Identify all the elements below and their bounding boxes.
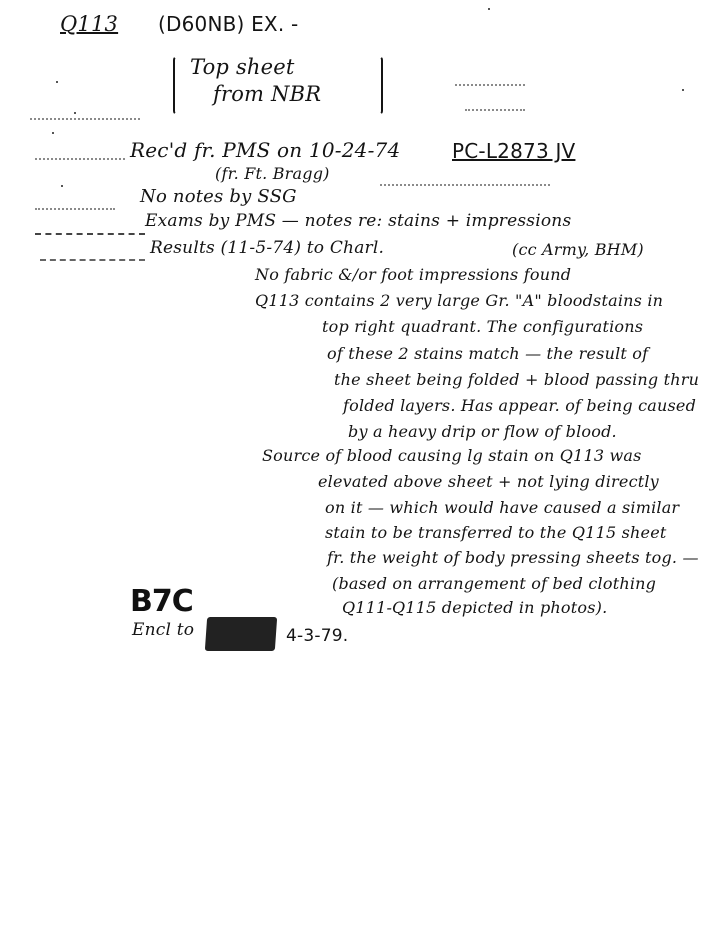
finding-line: Source of blood causing lg stain on Q113… bbox=[262, 446, 642, 465]
finding-line: fr. the weight of body pressing sheets t… bbox=[327, 548, 699, 567]
enclosure-date: 4-3-79. bbox=[286, 626, 348, 646]
note-line: Exams by PMS — notes re: stains + impres… bbox=[145, 211, 571, 231]
finding-line: top right quadrant. The configurations bbox=[322, 317, 643, 336]
finding-line: by a heavy drip or flow of blood. bbox=[348, 422, 617, 441]
receipt-line: Rec'd fr. PMS on 10-24-74 bbox=[130, 138, 400, 162]
foia-exemption-stamp: B7C bbox=[130, 584, 193, 619]
item-id: Q113 bbox=[60, 12, 118, 36]
item-code: (D60NB) EX. - bbox=[158, 12, 298, 36]
finding-line: No fabric &/or foot impressions found bbox=[255, 265, 571, 284]
finding-line: Q111-Q115 depicted in photos). bbox=[342, 598, 607, 617]
scan-artifact-dotted-line bbox=[455, 84, 525, 86]
finding-line: Q113 contains 2 very large Gr. "A" blood… bbox=[255, 291, 663, 310]
scan-artifact-dotted-line bbox=[40, 259, 145, 261]
scan-artifact-dotted-line bbox=[380, 184, 550, 186]
note-line: Results (11-5-74) to Charl. bbox=[150, 238, 384, 258]
scan-artifact-dotted-line bbox=[35, 208, 115, 210]
finding-line: elevated above sheet + not lying directl… bbox=[318, 472, 659, 491]
receipt-source: (fr. Ft. Bragg) bbox=[215, 164, 330, 183]
redaction-block bbox=[205, 617, 277, 651]
scan-speck bbox=[74, 112, 76, 114]
enclosure-label: Encl to bbox=[132, 620, 194, 640]
scan-artifact-dotted-line bbox=[35, 233, 145, 235]
case-number: PC-L2873 JV bbox=[452, 139, 575, 163]
finding-line: the sheet being folded + blood passing t… bbox=[334, 370, 699, 389]
finding-line: folded layers. Has appear. of being caus… bbox=[343, 396, 696, 415]
note-line: (cc Army, BHM) bbox=[512, 240, 644, 259]
finding-line: on it — which would have caused a simila… bbox=[325, 498, 679, 517]
scan-artifact-dotted-line bbox=[30, 118, 140, 120]
scan-speck bbox=[61, 185, 63, 187]
note-line: No notes by SSG bbox=[140, 186, 297, 207]
scan-artifact-dotted-line bbox=[465, 109, 525, 111]
bracket-note-line2: from NBR bbox=[213, 82, 321, 106]
finding-line: (based on arrangement of bed clothing bbox=[332, 574, 656, 593]
bracket-note-line1: Top sheet bbox=[190, 55, 295, 79]
scan-speck bbox=[56, 81, 58, 83]
finding-line: stain to be transferred to the Q115 shee… bbox=[325, 523, 667, 542]
scan-speck bbox=[488, 8, 490, 10]
scan-speck bbox=[52, 132, 54, 134]
scan-speck bbox=[682, 89, 684, 91]
scan-artifact-dotted-line bbox=[35, 158, 125, 160]
finding-line: of these 2 stains match — the result of bbox=[327, 344, 648, 363]
